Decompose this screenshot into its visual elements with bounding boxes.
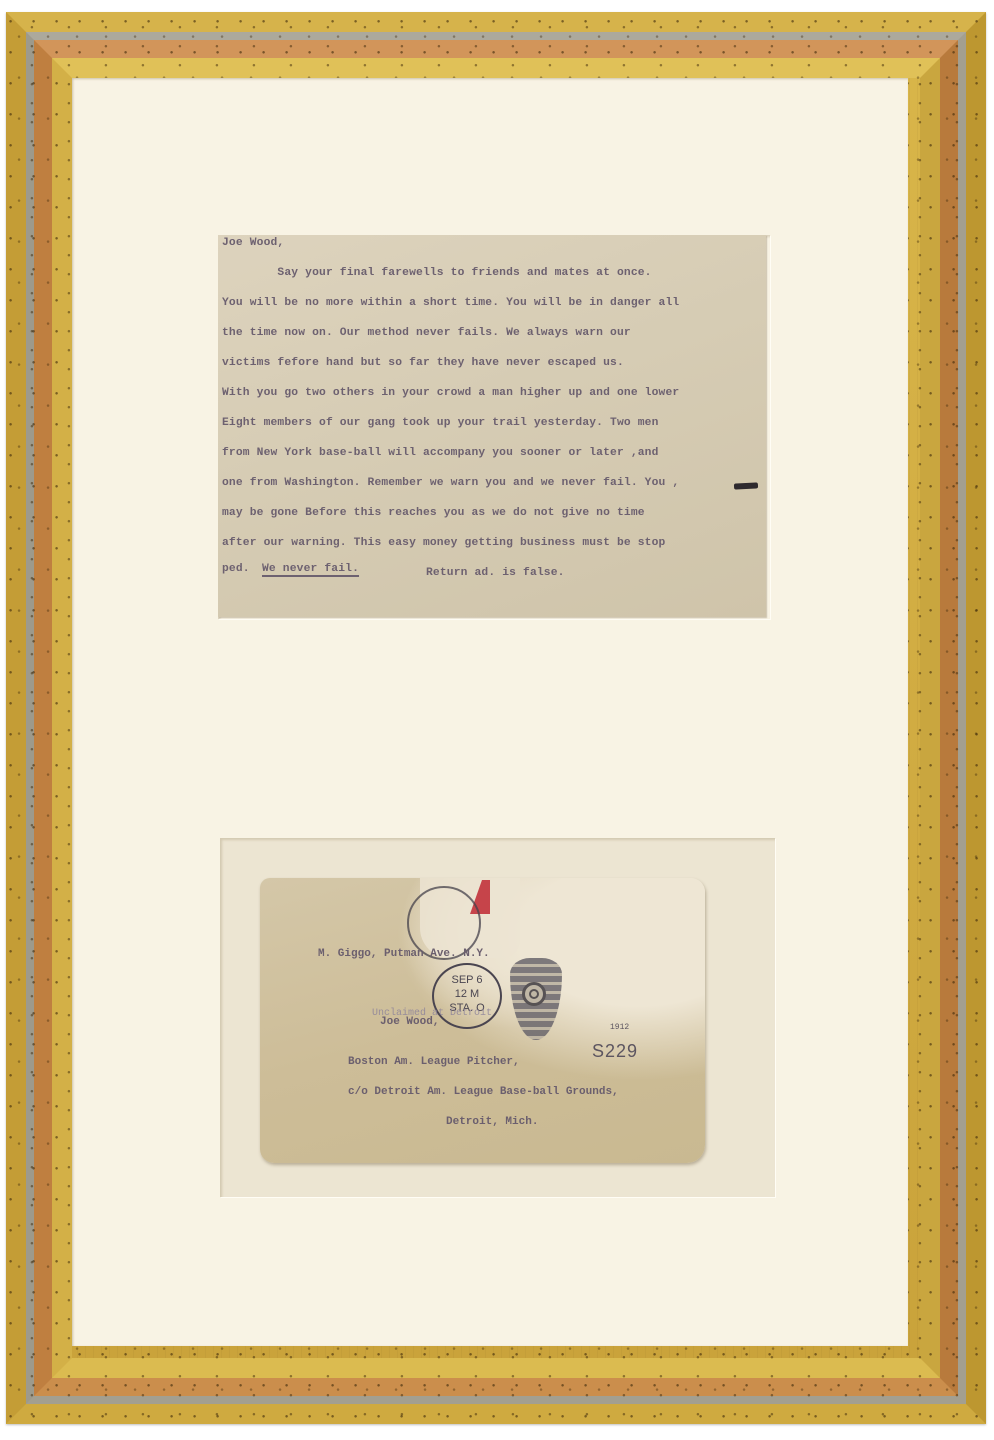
ink-smudge xyxy=(734,482,758,489)
envelope-sender: M. Giggo, Putman Ave. N.Y. xyxy=(318,948,490,960)
envelope-address-line: Boston Am. League Pitcher, xyxy=(348,1056,520,1068)
letter-line: one from Washington. Remember we warn yo… xyxy=(222,469,679,499)
letter-line: from New York base-ball will accompany y… xyxy=(222,439,659,469)
letter-line: ped. xyxy=(222,555,250,585)
envelope-window: SEP 6 12 M STA. O M. Giggo, Putman Ave. … xyxy=(220,838,775,1197)
mat-board: Joe Wood, Say your final farewells to fr… xyxy=(72,78,908,1346)
letter-line: may be gone Before this reaches you as w… xyxy=(222,499,645,529)
cancellation-ring-icon xyxy=(522,982,546,1006)
postmark: SEP 6 12 M STA. O xyxy=(432,963,502,1029)
postmark-year: 1912 xyxy=(610,1023,629,1032)
envelope-recipient-name: Joe Wood, xyxy=(380,1016,439,1028)
letter-line: You will be no more within a short time.… xyxy=(222,289,679,319)
letter-line: victims fefore hand but so far they have… xyxy=(222,349,624,379)
letter-emphasis: We never fail. xyxy=(262,555,359,585)
letter-salutation: Joe Wood, xyxy=(222,229,284,259)
letter-line: the time now on. Our method never fails.… xyxy=(222,319,631,349)
envelope-address-line: Detroit, Mich. xyxy=(446,1116,538,1128)
envelope-handwritten-number: S229 xyxy=(592,1041,638,1062)
letter-window: Joe Wood, Say your final farewells to fr… xyxy=(218,235,770,619)
postmark-date: SEP 6 xyxy=(434,973,500,987)
cancellation-mark xyxy=(510,958,562,1040)
envelope-address-line: c/o Detroit Am. League Base-ball Grounds… xyxy=(348,1086,619,1098)
envelope: SEP 6 12 M STA. O M. Giggo, Putman Ave. … xyxy=(260,878,705,1163)
typed-letter: Joe Wood, Say your final farewells to fr… xyxy=(218,235,766,617)
letter-line: With you go two others in your crowd a m… xyxy=(222,379,679,409)
letter-line: Say your final farewells to friends and … xyxy=(222,259,652,289)
letter-line: Eight members of our gang took up your t… xyxy=(222,409,659,439)
postmark-time: 12 M xyxy=(434,987,500,1001)
letter-closing: Return ad. is false. xyxy=(426,559,565,589)
